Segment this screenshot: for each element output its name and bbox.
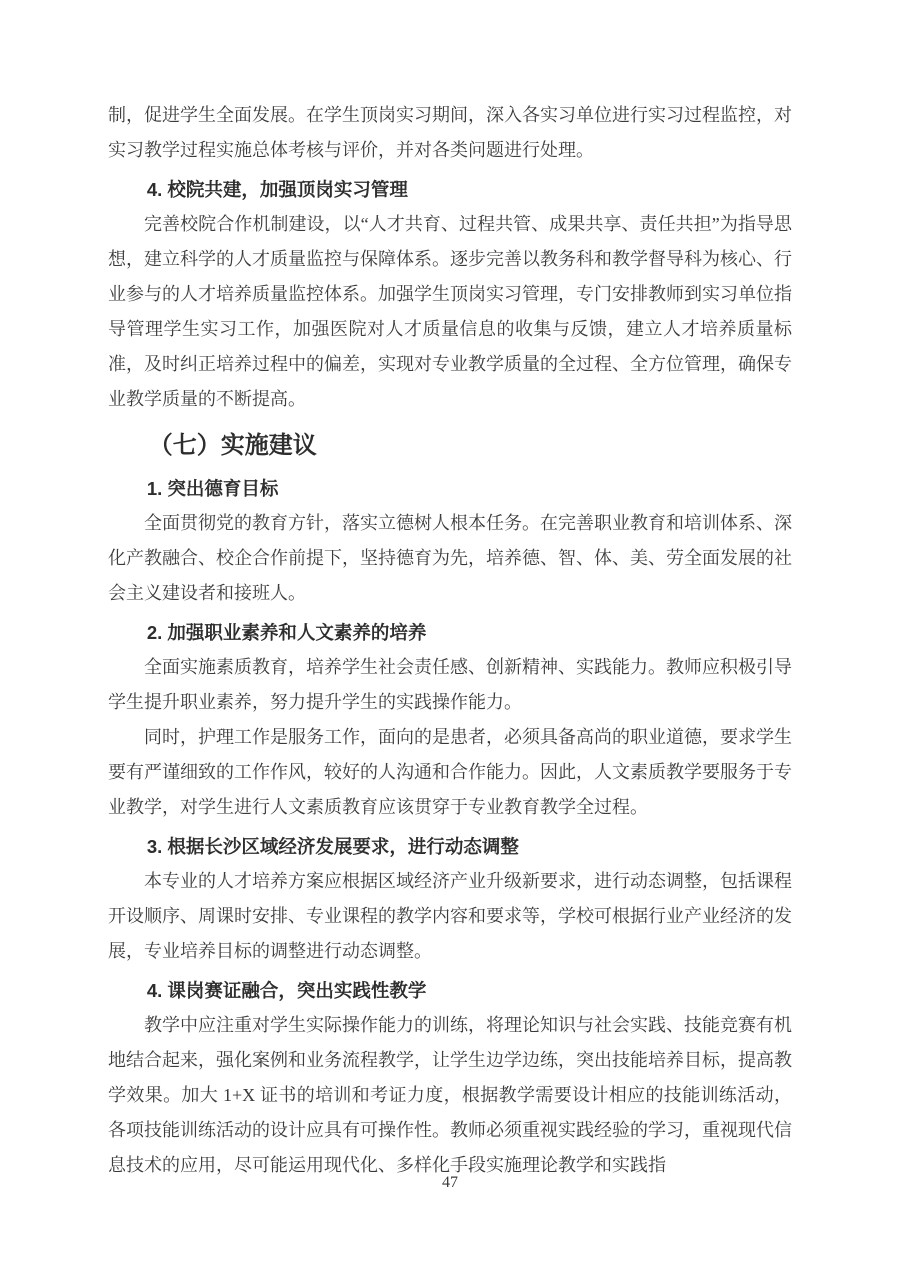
body-paragraph-nursing-service: 同时，护理工作是服务工作，面向的是患者，必须具备高尚的职业道德，要求学生要有严谨… (108, 720, 792, 825)
numbered-heading-2-professional-literacy: 2. 加强职业素养和人文素养的培养 (108, 615, 792, 650)
section-heading-implementation-suggestions: （七）实施建议 (108, 425, 792, 467)
document-content: 制，促进学生全面发展。在学生顶岗实习期间，深入各实习单位进行实习过程监控，对实习… (108, 98, 792, 1183)
body-paragraph-quality-education: 全面实施素质教育，培养学生社会责任感、创新精神、实践能力。教师应积极引导学生提升… (108, 650, 792, 720)
document-page: 制，促进学生全面发展。在学生顶岗实习期间，深入各实习单位进行实习过程监控，对实习… (0, 0, 900, 1273)
numbered-heading-1-moral-education: 1. 突出德育目标 (108, 471, 792, 506)
numbered-heading-3-regional-economy: 3. 根据长沙区域经济发展要求，进行动态调整 (108, 829, 792, 864)
body-paragraph-dynamic-adjustment: 本专业的人才培养方案应根据区域经济产业升级新要求，进行动态调整，包括课程开设顺序… (108, 864, 792, 969)
body-paragraph-quality-monitoring: 完善校院合作机制建设，以“人才共育、过程共管、成果共享、责任共担”为指导思想，建… (108, 207, 792, 417)
numbered-heading-4-practice-teaching: 4. 课岗赛证融合，突出实践性教学 (108, 973, 792, 1008)
body-paragraph-practice-teaching: 教学中应注重对学生实际操作能力的训练，将理论知识与社会实践、技能竞赛有机地结合起… (108, 1008, 792, 1183)
numbered-heading-4-school-hospital: 4. 校院共建，加强顶岗实习管理 (108, 172, 792, 207)
body-paragraph-moral-education: 全面贯彻党的教育方针，落实立德树人根本任务。在完善职业教育和培训体系、深化产教融… (108, 506, 792, 611)
page-number: 47 (0, 1174, 900, 1192)
body-paragraph-continuation: 制，促进学生全面发展。在学生顶岗实习期间，深入各实习单位进行实习过程监控，对实习… (108, 98, 792, 168)
